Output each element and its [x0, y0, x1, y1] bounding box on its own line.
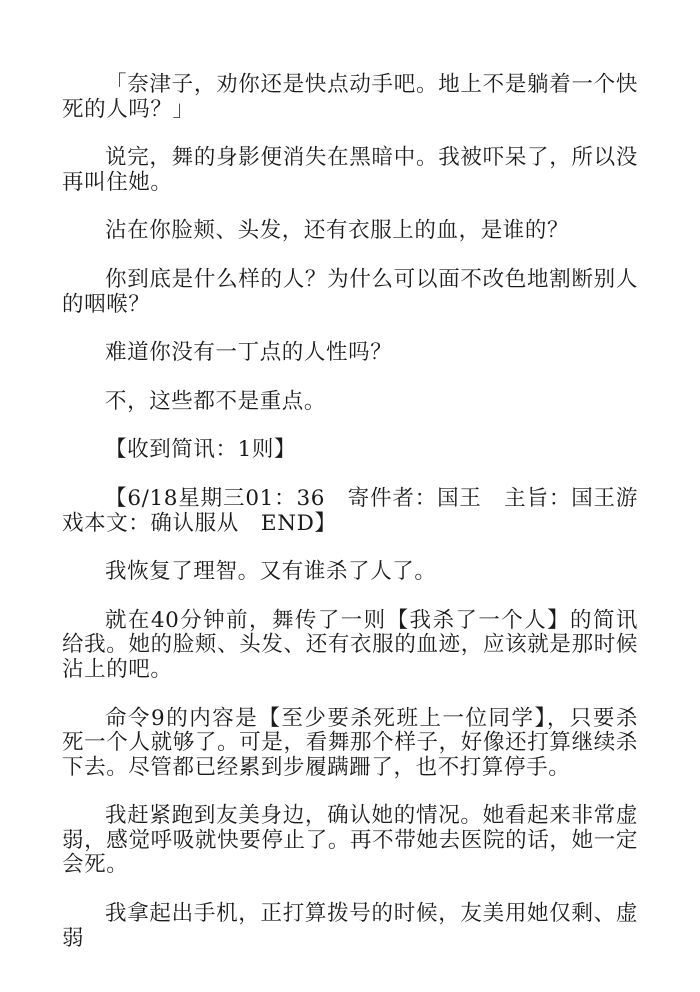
paragraph-message-content: 【6/18星期三01：36 寄件者：国王 主旨：国王游戏本文：确认服从 END】 — [62, 487, 638, 536]
paragraph-order-9: 命令9的内容是【至少要杀死班上一位同学】，只要杀死一个人就够了。可是，看舞那个样… — [62, 707, 638, 781]
paragraph-mai-disappears: 说完，舞的身影便消失在黑暗中。我被吓呆了，所以没再叫住她。 — [62, 146, 638, 195]
paragraph-phone: 我拿起出手机，正打算拨号的时候，友美用她仅剩、虚弱 — [62, 902, 638, 951]
paragraph-40-minutes: 就在40分钟前，舞传了一则【我杀了一个人】的简讯给我。她的脸颊、头发、还有衣服的… — [62, 609, 638, 683]
paragraph-blood-question: 沾在你脸颊、头发，还有衣服上的血，是谁的？ — [62, 219, 638, 244]
paragraph-check-tomomi: 我赶紧跑到友美身边，确认她的情况。她看起来非常虚弱，感觉呼吸就快要停止了。再不带… — [62, 804, 638, 878]
paragraph-regain-reason: 我恢复了理智。又有谁杀了人了。 — [62, 560, 638, 585]
paragraph-humanity: 难道你没有一丁点的人性吗？ — [62, 341, 638, 366]
paragraph-message-received: 【收到简讯：1则】 — [62, 438, 638, 463]
paragraph-what-person: 你到底是什么样的人？为什么可以面不改色地割断别人的咽喉？ — [62, 268, 638, 317]
paragraph-not-point: 不，这些都不是重点。 — [62, 390, 638, 415]
document-page: 「奈津子，劝你还是快点动手吧。地上不是躺着一个快死的人吗？」 说完，舞的身影便消… — [62, 73, 638, 975]
paragraph-dialogue-natsuko: 「奈津子，劝你还是快点动手吧。地上不是躺着一个快死的人吗？」 — [62, 73, 638, 122]
